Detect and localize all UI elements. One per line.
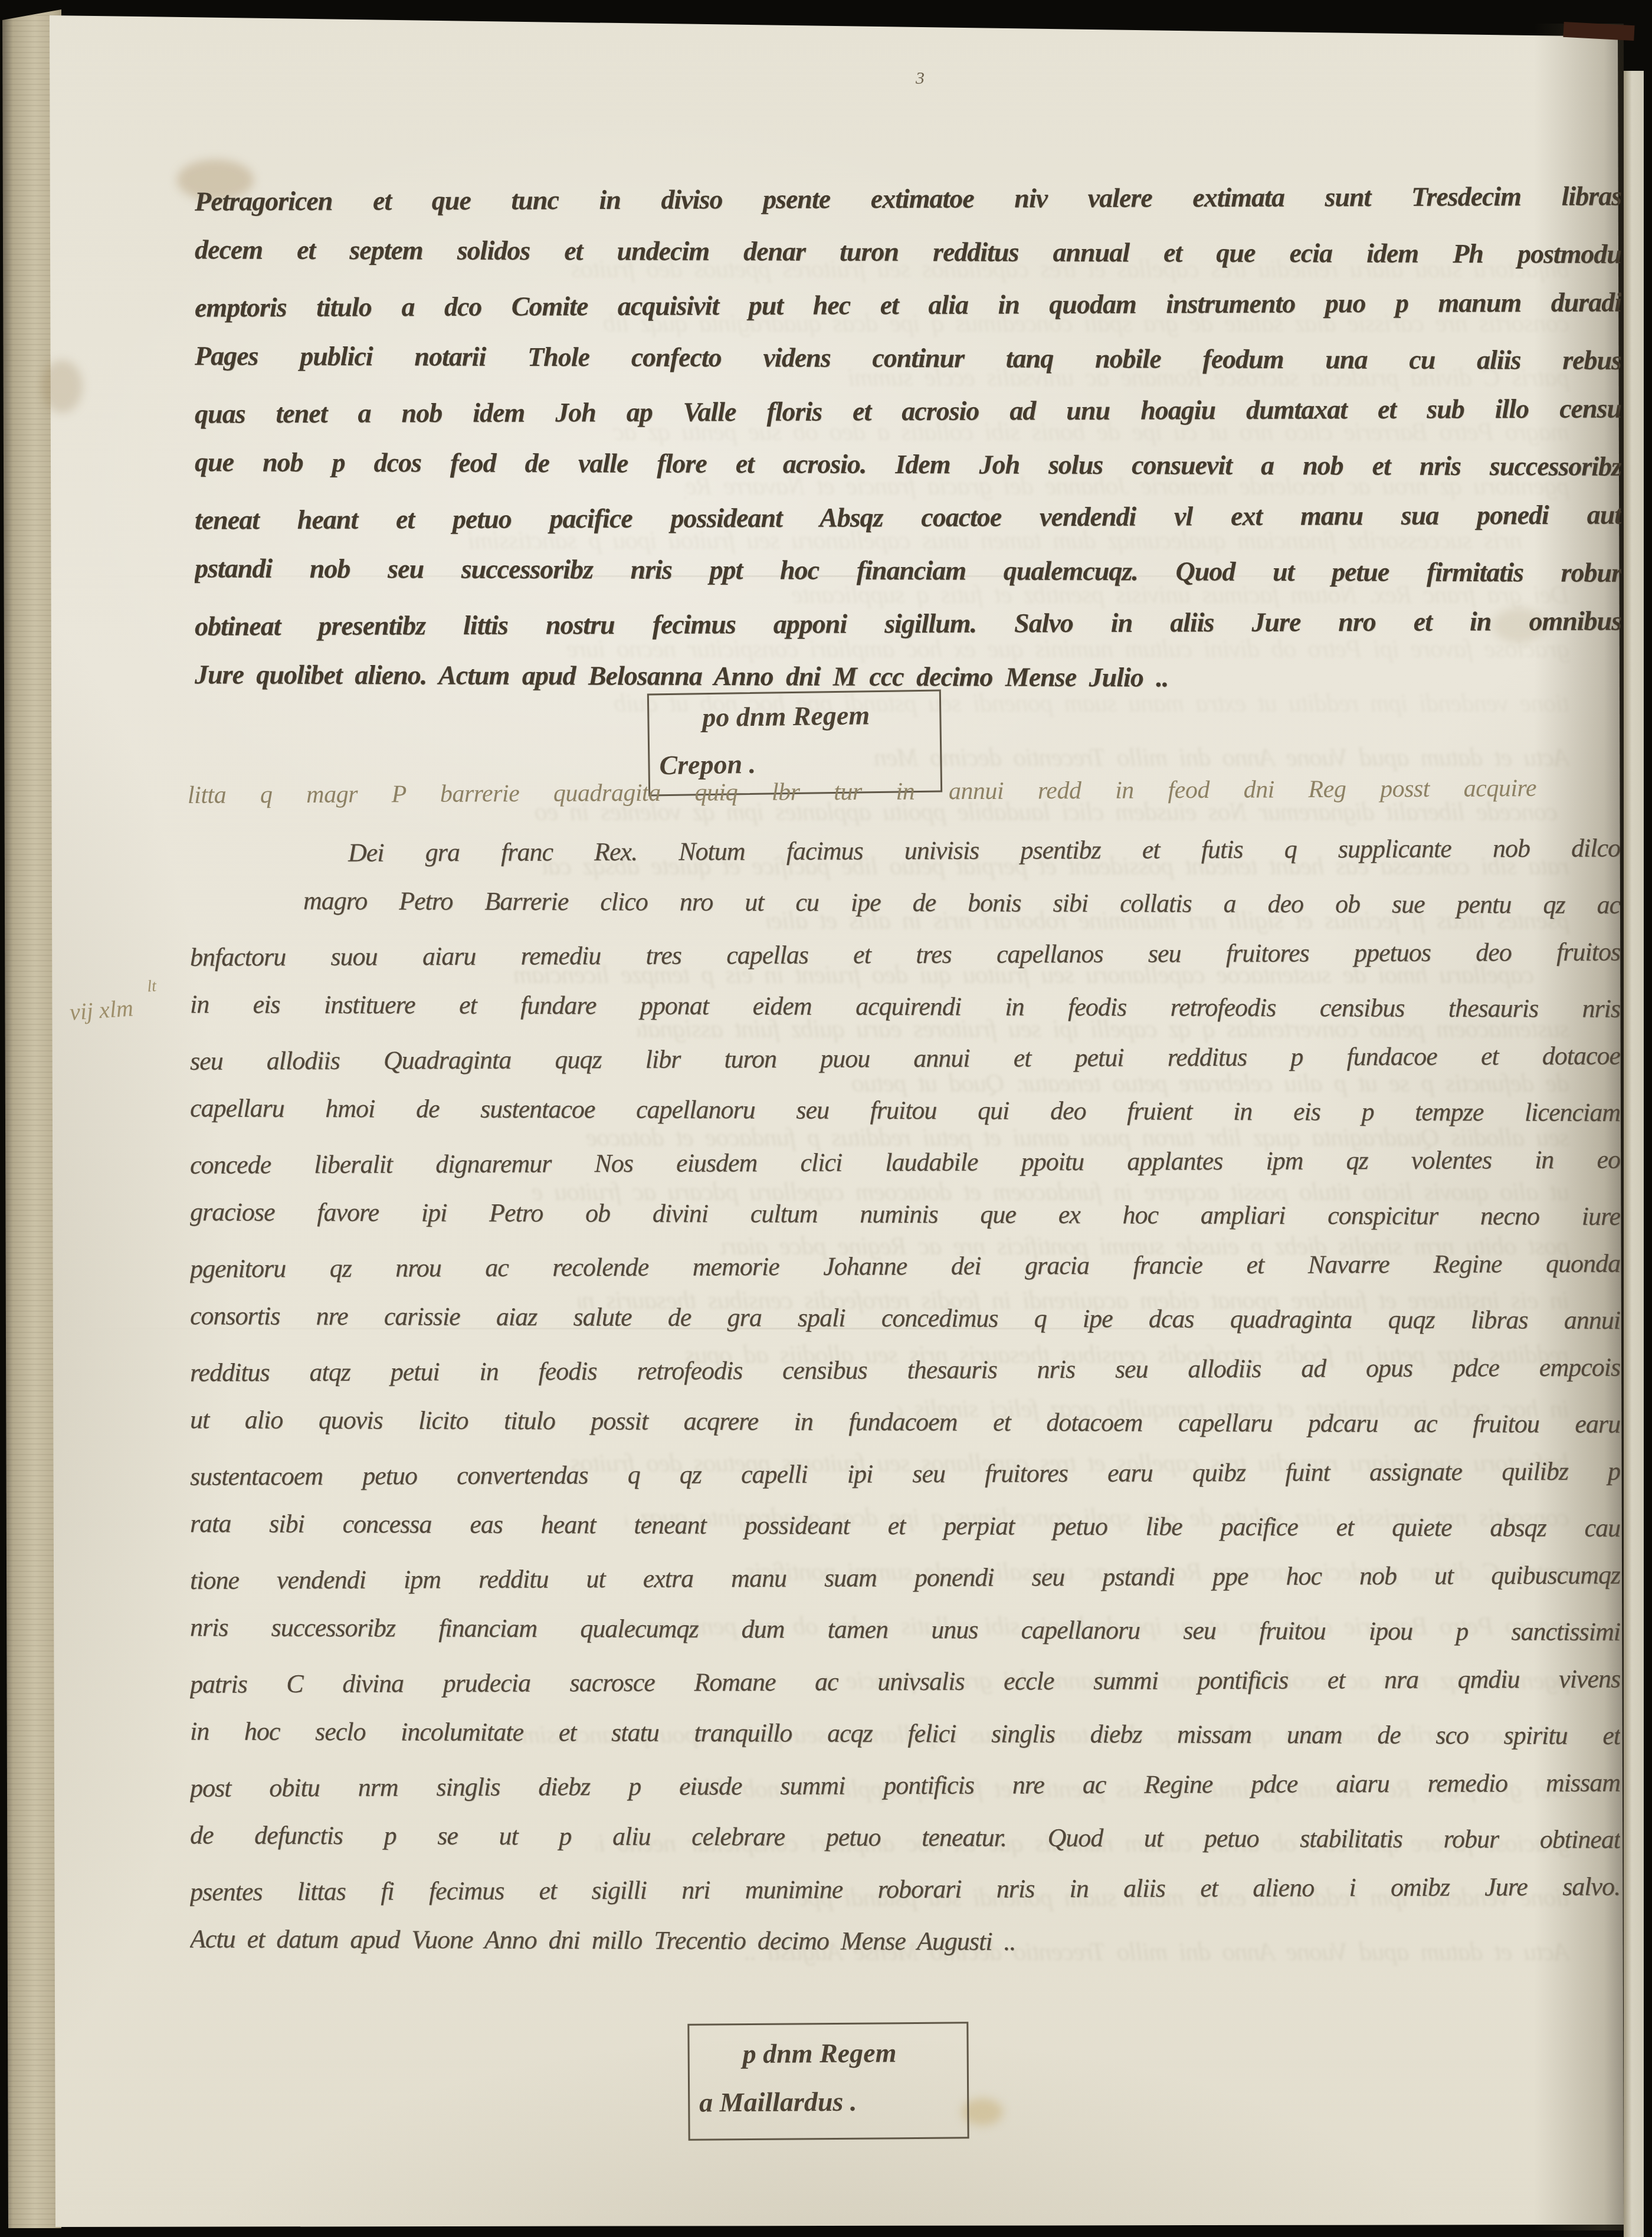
stain bbox=[41, 360, 83, 413]
quire-mark: 3 bbox=[916, 68, 925, 89]
text-line: sustentacoem petuo convertendas q qz cap… bbox=[190, 1445, 1620, 1502]
margin-annotation-main: vij xlm bbox=[69, 994, 135, 1025]
manuscript-photo: bnfactoru suou aiaru remediu tres capell… bbox=[0, 0, 1652, 2237]
text-line: in eis instituere et fundare pponat eide… bbox=[190, 978, 1620, 1035]
text-line: capellaru hmoi de sustentacoe capellanor… bbox=[190, 1082, 1620, 1139]
text-line: concede liberalit dignaremur Nos eiusdem… bbox=[190, 1134, 1620, 1191]
text-line: ut alio quovis licito titulo possit acqr… bbox=[190, 1394, 1620, 1450]
register-entry-1: Petragoricen et que tunc in diviso psent… bbox=[195, 172, 1621, 703]
text-line: tione vendendi ipm redditu ut extra manu… bbox=[190, 1549, 1620, 1606]
margin-annotation: lt vij xlm bbox=[68, 994, 134, 1026]
text-line: redditus atqz petui in feodis retrofeodi… bbox=[190, 1341, 1620, 1398]
text-line: decem et septem solidos et undecim denar… bbox=[195, 223, 1621, 281]
text-line: nris successoribz financiam qualecumqz d… bbox=[190, 1601, 1620, 1658]
text-line: seu allodiis Quadraginta quqz libr turon… bbox=[190, 1030, 1620, 1087]
text-line: quas tenet a nob idem Joh ap Valle flori… bbox=[195, 382, 1621, 440]
text-line: Actu et datum apud Vuone Anno dni millo … bbox=[190, 1913, 1620, 1970]
text-line: patris C divina prudecia sacrosce Romane… bbox=[190, 1653, 1620, 1710]
text-line: bnfactoru suou aiaru remediu tres capell… bbox=[190, 926, 1620, 983]
text-line: rata sibi concessa eas heant teneant pos… bbox=[190, 1498, 1620, 1554]
text-line: obtineat presentibz littis nostru fecimu… bbox=[195, 594, 1621, 653]
signature-line: a Maillardus . bbox=[699, 2086, 857, 2118]
text-line: magro Petro Barrerie clico nro ut cu ipe… bbox=[190, 875, 1620, 931]
text-line: Petragoricen et que tunc in diviso psent… bbox=[195, 169, 1621, 228]
next-page-sliver bbox=[1624, 71, 1644, 2237]
text-line: de defunctis p se ut p aliu celebrare pe… bbox=[190, 1809, 1620, 1866]
text-line: psentes littas fi fecimus et sigilli nri… bbox=[190, 1861, 1620, 1918]
text-line: pstandi nob seu successoribz nris ppt ho… bbox=[195, 542, 1621, 600]
chancery-signature-box-2: p dnm Regem a Maillardus . bbox=[687, 2022, 969, 2140]
text-line: Dei gra franc Rex. Notum facimus univisi… bbox=[190, 822, 1620, 879]
text-line: Pages publici notarii Thole confecto vid… bbox=[195, 329, 1621, 387]
register-entry-2: Dei gra franc Rex. Notum facimus univisi… bbox=[190, 825, 1620, 1967]
signature-line: p dnm Regem bbox=[742, 2037, 896, 2069]
text-line: consortis nre carissie aiaz salute de gr… bbox=[190, 1290, 1620, 1347]
text-line: graciose favore ipi Petro ob divini cult… bbox=[190, 1186, 1620, 1243]
text-line: que nob p dcos feod de valle flore et ac… bbox=[195, 435, 1621, 493]
text-line: pgenitoru qz nrou ac recolende memorie J… bbox=[190, 1237, 1620, 1295]
signature-line: Crepon . bbox=[659, 748, 756, 781]
text-line: post obitu nrm singlis diebz p eiusde su… bbox=[190, 1757, 1620, 1814]
signature-line: po dnm Regem bbox=[702, 699, 870, 733]
margin-annotation-superscript: lt bbox=[146, 977, 157, 996]
text-line: emptoris titulo a dco Comite acquisivit … bbox=[195, 276, 1621, 334]
bleed-through-line: Actu et datum apud Vuone Anno dni millo … bbox=[873, 742, 1569, 772]
text-line: teneat heant et petuo pacifice possidean… bbox=[195, 488, 1621, 546]
text-line: in hoc seclo incolumitate et statu tranq… bbox=[190, 1705, 1620, 1762]
